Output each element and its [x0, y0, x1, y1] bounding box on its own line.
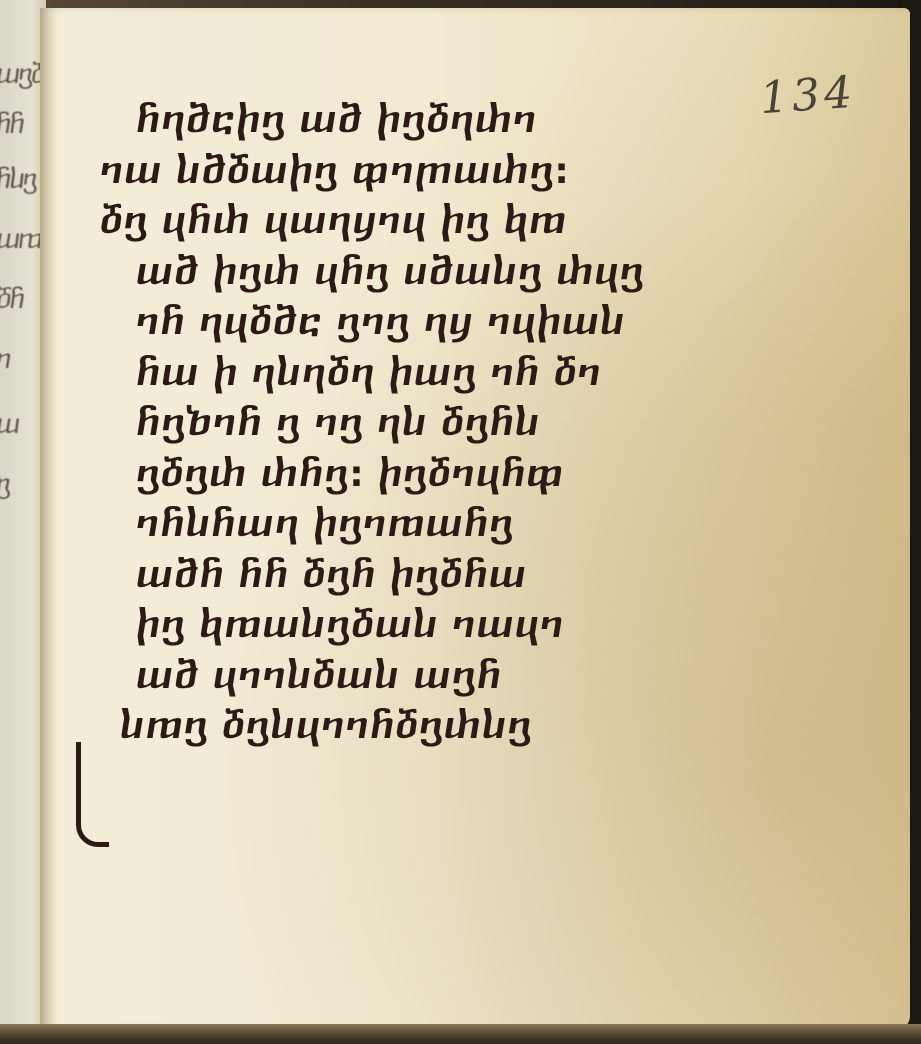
text-line: ⴈⴍ ⴑⴋⴃⴍⴙⴂ ⴔⴈⴜⴍⴐⴂ:: [96, 147, 696, 198]
text-line: ⴌⴄⴋⴀⴙⴂ ⴍⴋ ⴙⴂⴃⴄⴐⴈ: [96, 96, 696, 147]
text-line: ⴂⴃⴂⴐ ⴐⴌⴂ: ⴙⴂⴃⴈⴗⴌⴔ: [96, 450, 696, 501]
text-line: ⴌⴍ ⴙ ⴄⴑⴄⴃⴄ ⴙⴍⴂ ⴈⴌ ⴃⴈ: [96, 349, 696, 400]
facing-page-text: ⴃⴌ: [0, 285, 23, 315]
facing-page-text: ⴈ: [0, 345, 9, 375]
text-line: ⴍⴋ ⴙⴂⴐ ⴗⴌⴂ ⴎⴋⴍⴑⴂ ⴐⴗⴂ: [96, 248, 696, 299]
facing-page-text: ⴌⴑⴂ: [0, 165, 35, 195]
text-line: ⴙⴂ ⴉⴊⴍⴑⴂⴃⴍⴑ ⴈⴍⴗⴈ: [96, 601, 696, 652]
gutter-stain: [40, 8, 58, 1030]
text-block: ⴌⴄⴋⴀⴙⴂ ⴍⴋ ⴙⴂⴃⴄⴐⴈ ⴈⴍ ⴑⴋⴃⴍⴙⴂ ⴔⴈⴜⴍⴐⴂ: ⴃⴂ ⴗⴌ…: [96, 96, 696, 753]
facing-page-text: ⴍⴂⴃ: [0, 60, 44, 90]
facing-page-text: ⴂ: [0, 470, 9, 500]
facing-page-text: ⴌⴌ: [0, 110, 23, 140]
text-line: ⴈⴌ ⴄⴗⴃⴋⴀ ⴂⴈⴂ ⴄⴘ ⴈⴗⴙⴍⴑ: [96, 298, 696, 349]
margin-bracket-mark: [76, 742, 109, 847]
text-line: ⴃⴂ ⴗⴌⴐ ⴗⴍⴄⴘⴈⴗ ⴙⴂ ⴉⴊ: [96, 197, 696, 248]
text-line: ⴍⴋ ⴗⴈⴈⴑⴃⴍⴑ ⴍⴂⴌ: [96, 652, 696, 703]
text-line: ⴑⴊⴂ ⴃⴂⴑⴗⴈⴈⴌⴃⴂⴐⴑⴂ: [96, 702, 696, 753]
background-bottom-edge: [0, 1024, 921, 1044]
folio-number: 134: [758, 67, 857, 125]
text-line: ⴈⴌⴑⴌⴍⴄ ⴙⴂⴈⴊⴍⴌⴂ: [96, 500, 696, 551]
text-line: ⴍⴋⴌ ⴌⴌ ⴃⴂⴌ ⴙⴂⴃⴌⴍ: [96, 551, 696, 602]
text-line: ⴌⴂⴆⴈⴌ ⴂ ⴈⴂ ⴄⴑ ⴃⴂⴌⴑ: [96, 399, 696, 450]
facing-page-text: ⴍ: [0, 410, 18, 440]
